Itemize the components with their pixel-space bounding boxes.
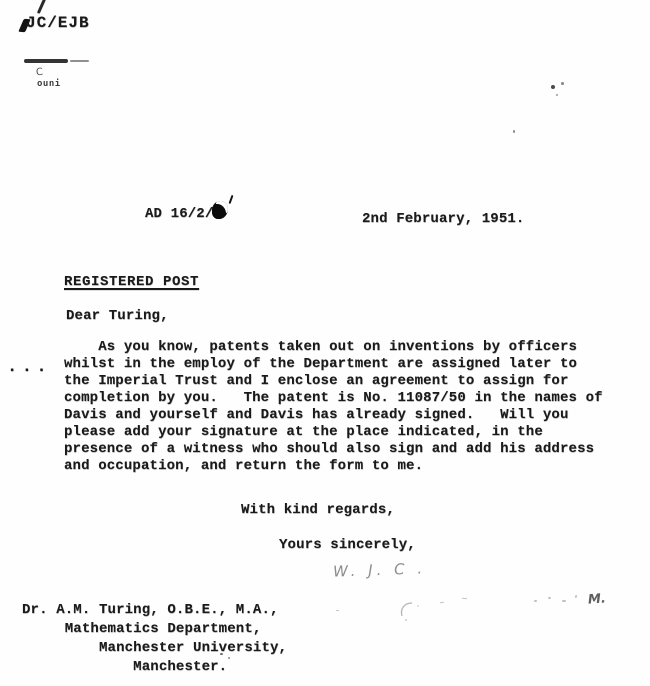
faint-scribble [398,600,428,624]
regards-line: With kind regards, [241,502,395,519]
letter-body: As you know, patents taken out on invent… [64,339,603,475]
registered-post-heading: REGISTERED POST [64,274,199,291]
scanned-letter-page: JC/EJB C ouni AD 16/2/ 2nd February, 195… [0,0,650,686]
pen-stroke-mark [37,0,46,14]
faint-pen-dot [575,595,578,598]
pencil-smudge [24,59,68,63]
handwritten-initials: W. J. C . [333,559,427,580]
scan-speck [513,130,515,133]
faint-pen-dot [462,598,467,600]
faint-pen-dot [336,610,339,611]
scan-speck [561,82,564,85]
stamp-text: ouni [37,79,61,89]
scan-speck [228,657,230,659]
scan-speck [220,653,223,655]
scan-speck [551,85,555,89]
letter-date: 2nd February, 1951. [362,211,524,228]
pen-tick [229,195,234,204]
faint-mark: M. [587,591,606,607]
faint-pen-dot [534,600,537,602]
faint-pen-dot [440,602,444,604]
stamp-mark: C [36,67,46,79]
reference-number: AD 16/2/ [145,206,213,223]
recipient-address: Dr. A.M. Turing, O.B.E., M.A., Mathemati… [22,601,287,677]
faint-pen-dot [562,600,566,602]
ink-blot [212,201,228,219]
typist-initials: JC/EJB [26,15,90,32]
margin-dots: ... [7,359,51,376]
pencil-smudge-tail [70,60,89,62]
scan-speck [556,94,558,96]
salutation: Dear Turing, [66,308,169,325]
faint-pen-dot [548,597,551,599]
closing-line: Yours sincerely, [279,537,416,554]
